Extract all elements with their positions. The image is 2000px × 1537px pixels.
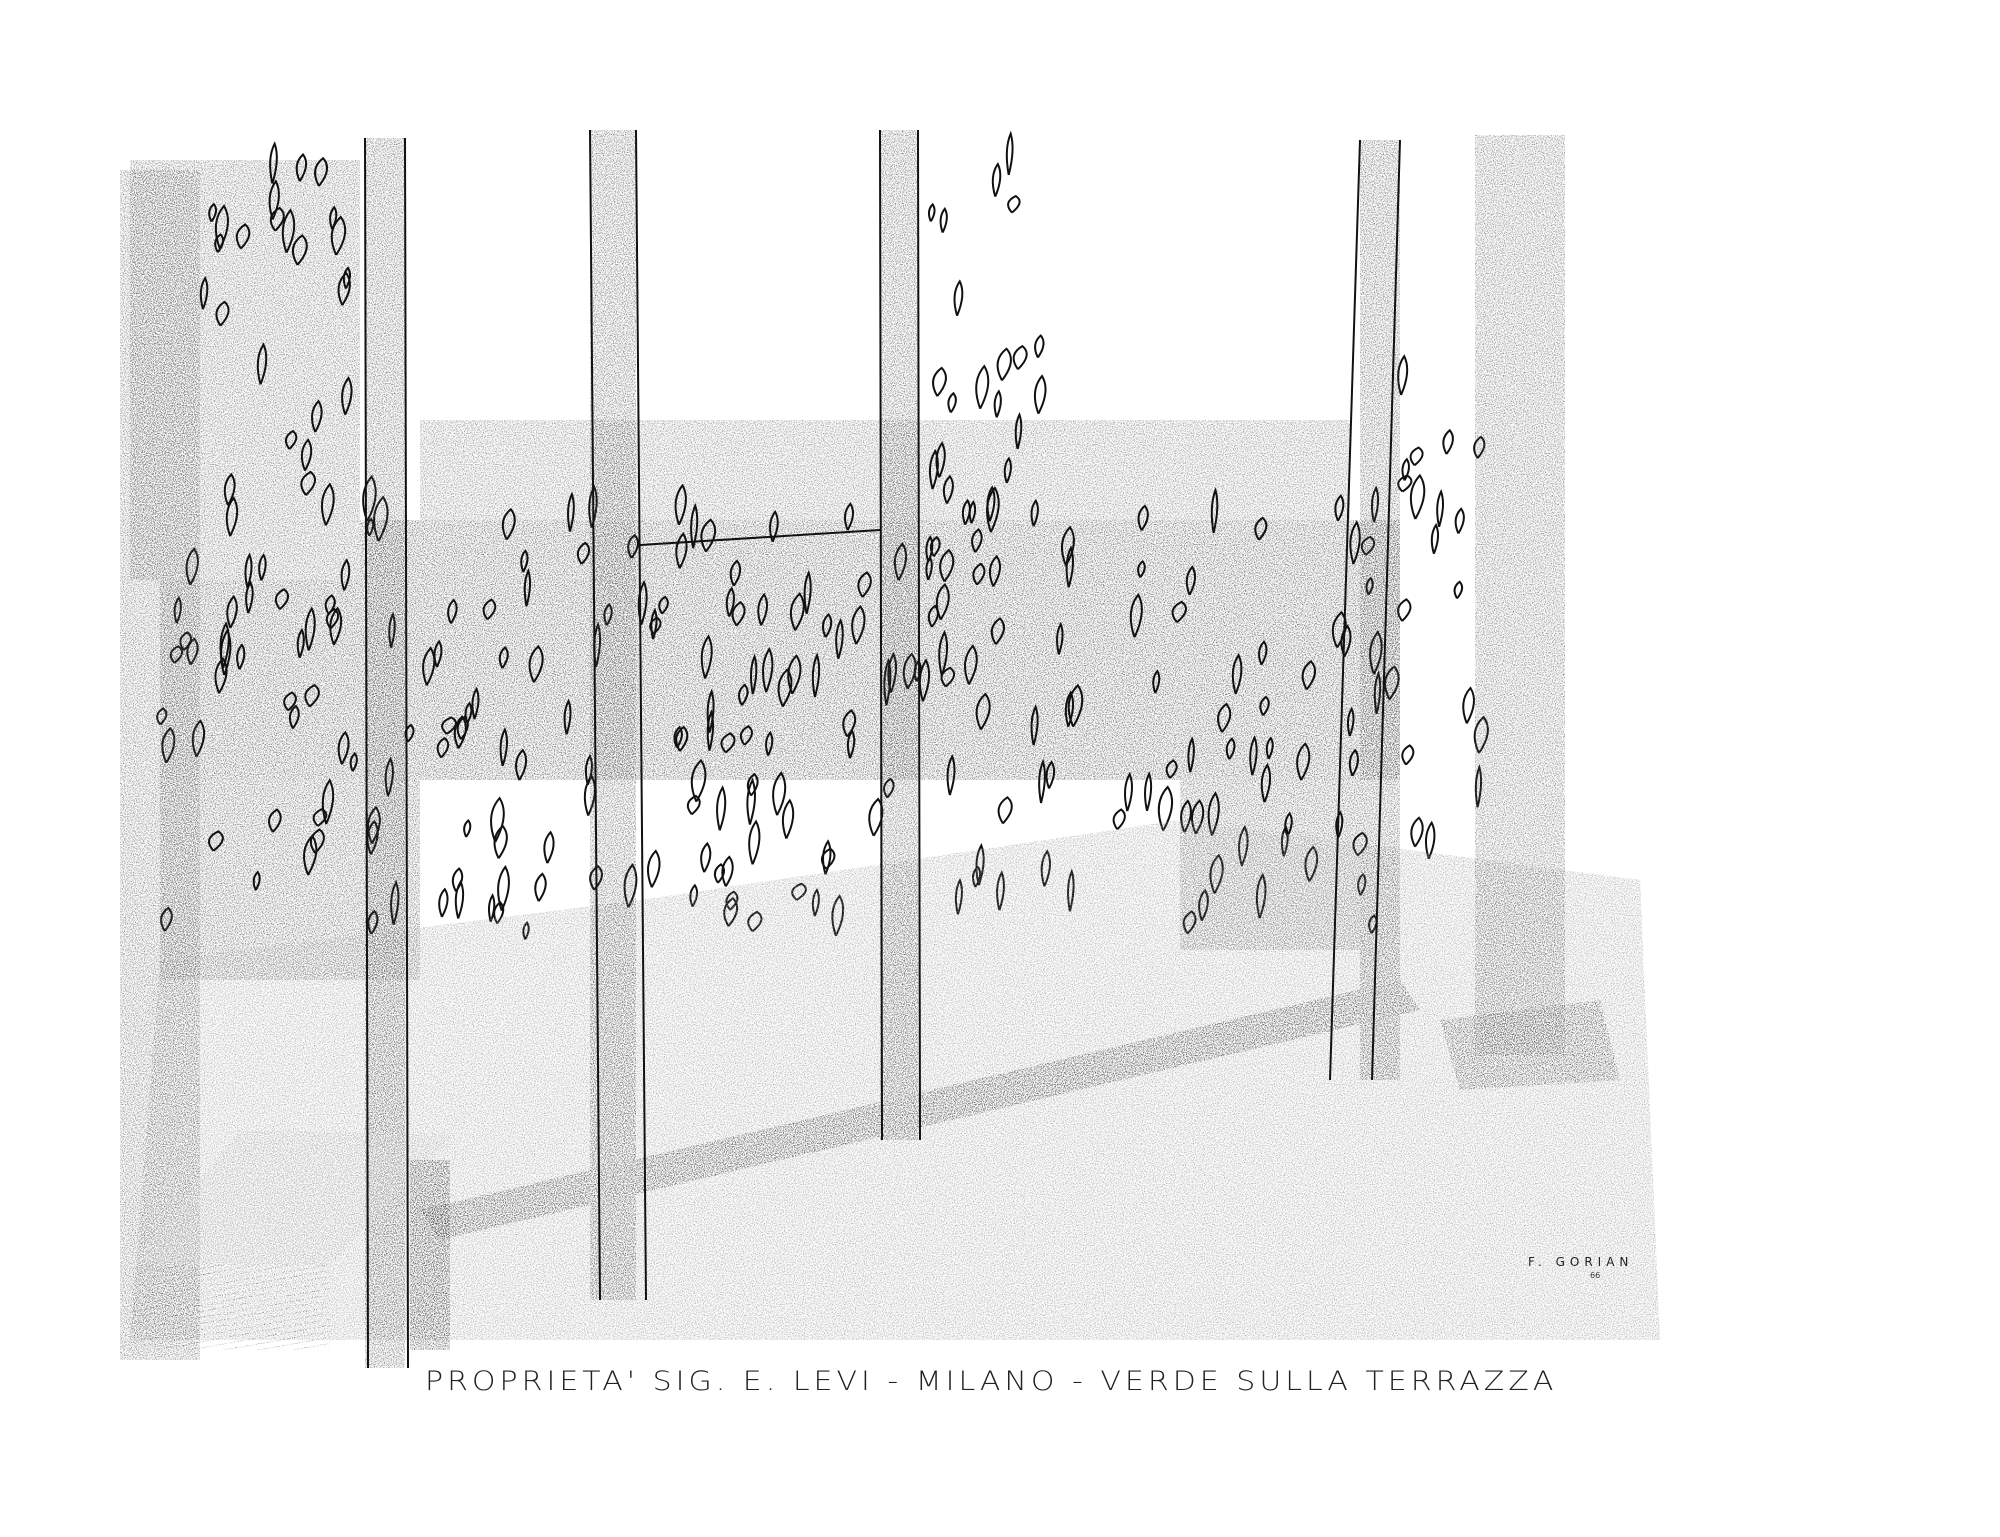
signature-year: 66 [1590, 1271, 1600, 1280]
drawing-caption: PROPRIETA' SIG. E. LEVI - MILANO - VERDE… [425, 1366, 1550, 1398]
artist-signature: F. GORIAN [1528, 1255, 1633, 1269]
terrace-sketch [0, 0, 2000, 1537]
